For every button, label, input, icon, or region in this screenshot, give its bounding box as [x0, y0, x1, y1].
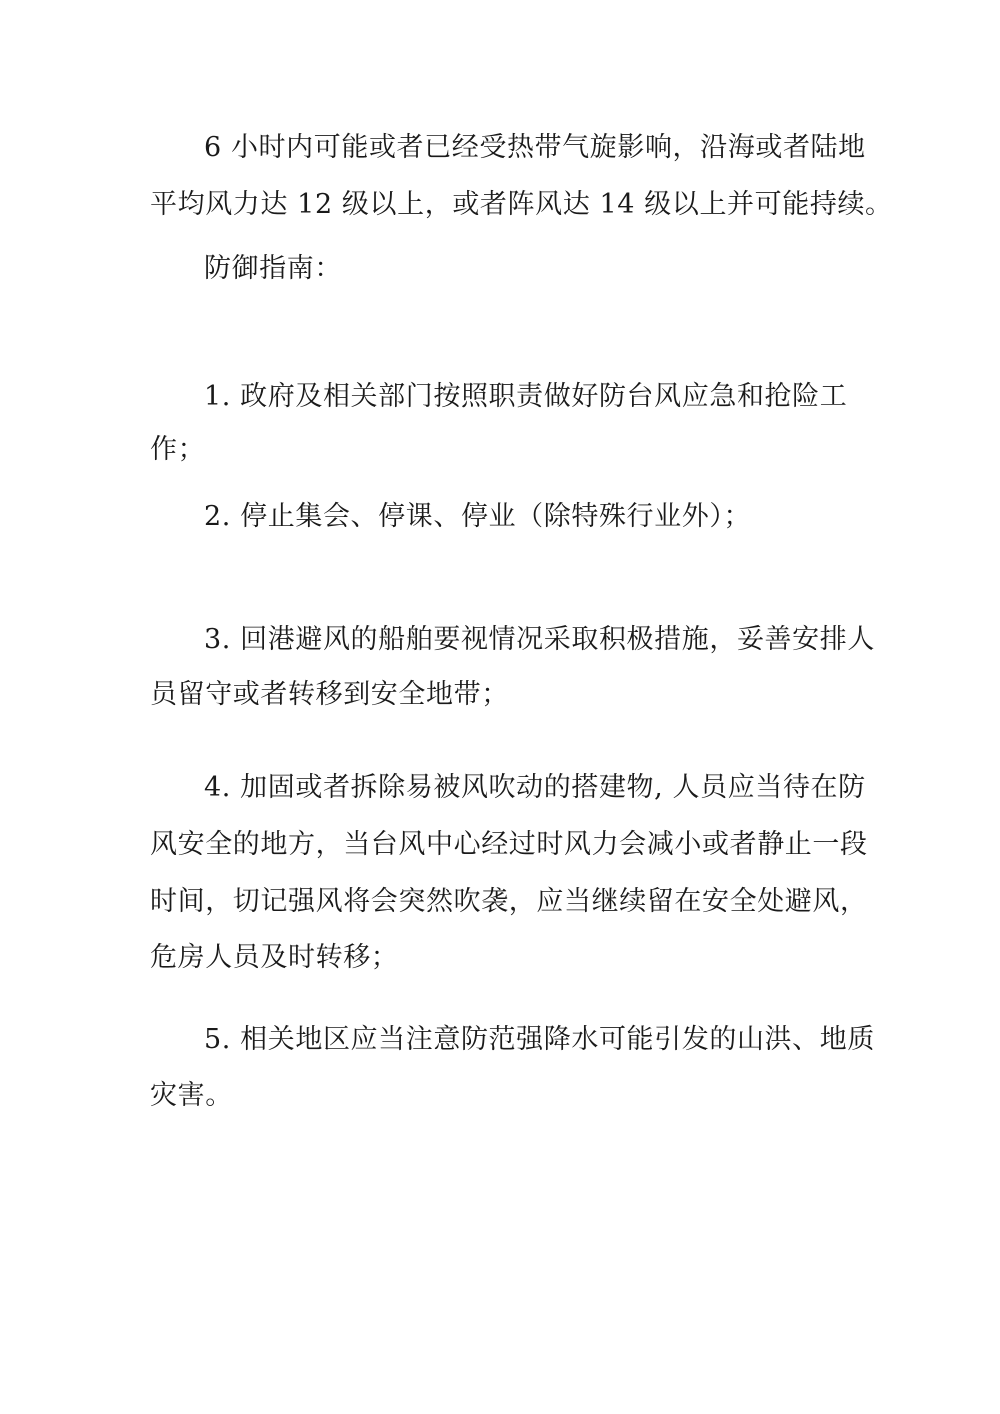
- text-line: 危房人员及时转移；: [150, 941, 855, 975]
- text-line: 员留守或者转移到安全地带；: [150, 678, 855, 712]
- text-line: 时间，切记强风将会突然吹袭，应当继续留在安全处避风，: [150, 885, 855, 919]
- text-line: 5. 相关地区应当注意防范强降水可能引发的山洪、地质: [204, 1023, 855, 1057]
- text-line: 3. 回港避风的船舶要视情况采取积极措施，妥善安排人: [204, 623, 855, 657]
- text-line: 1. 政府及相关部门按照职责做好防台风应急和抢险工: [204, 380, 855, 414]
- text-line: 6 小时内可能或者已经受热带气旋影响，沿海或者陆地: [204, 131, 855, 165]
- heading-text: 防御指南：: [204, 252, 855, 286]
- text-line: 风安全的地方，当台风中心经过时风力会减小或者静止一段: [150, 828, 855, 862]
- document-page: 6 小时内可能或者已经受热带气旋影响，沿海或者陆地 平均风力达 12 级以上，或…: [0, 0, 1000, 1414]
- text-line: 平均风力达 12 级以上，或者阵风达 14 级以上并可能持续。: [150, 188, 855, 222]
- text-line: 4. 加固或者拆除易被风吹动的搭建物, 人员应当待在防: [204, 771, 855, 805]
- text-line: 作；: [150, 433, 855, 467]
- text-line: 2. 停止集会、停课、停业（除特殊行业外）；: [204, 500, 855, 534]
- text-line: 灾害。: [150, 1079, 855, 1113]
